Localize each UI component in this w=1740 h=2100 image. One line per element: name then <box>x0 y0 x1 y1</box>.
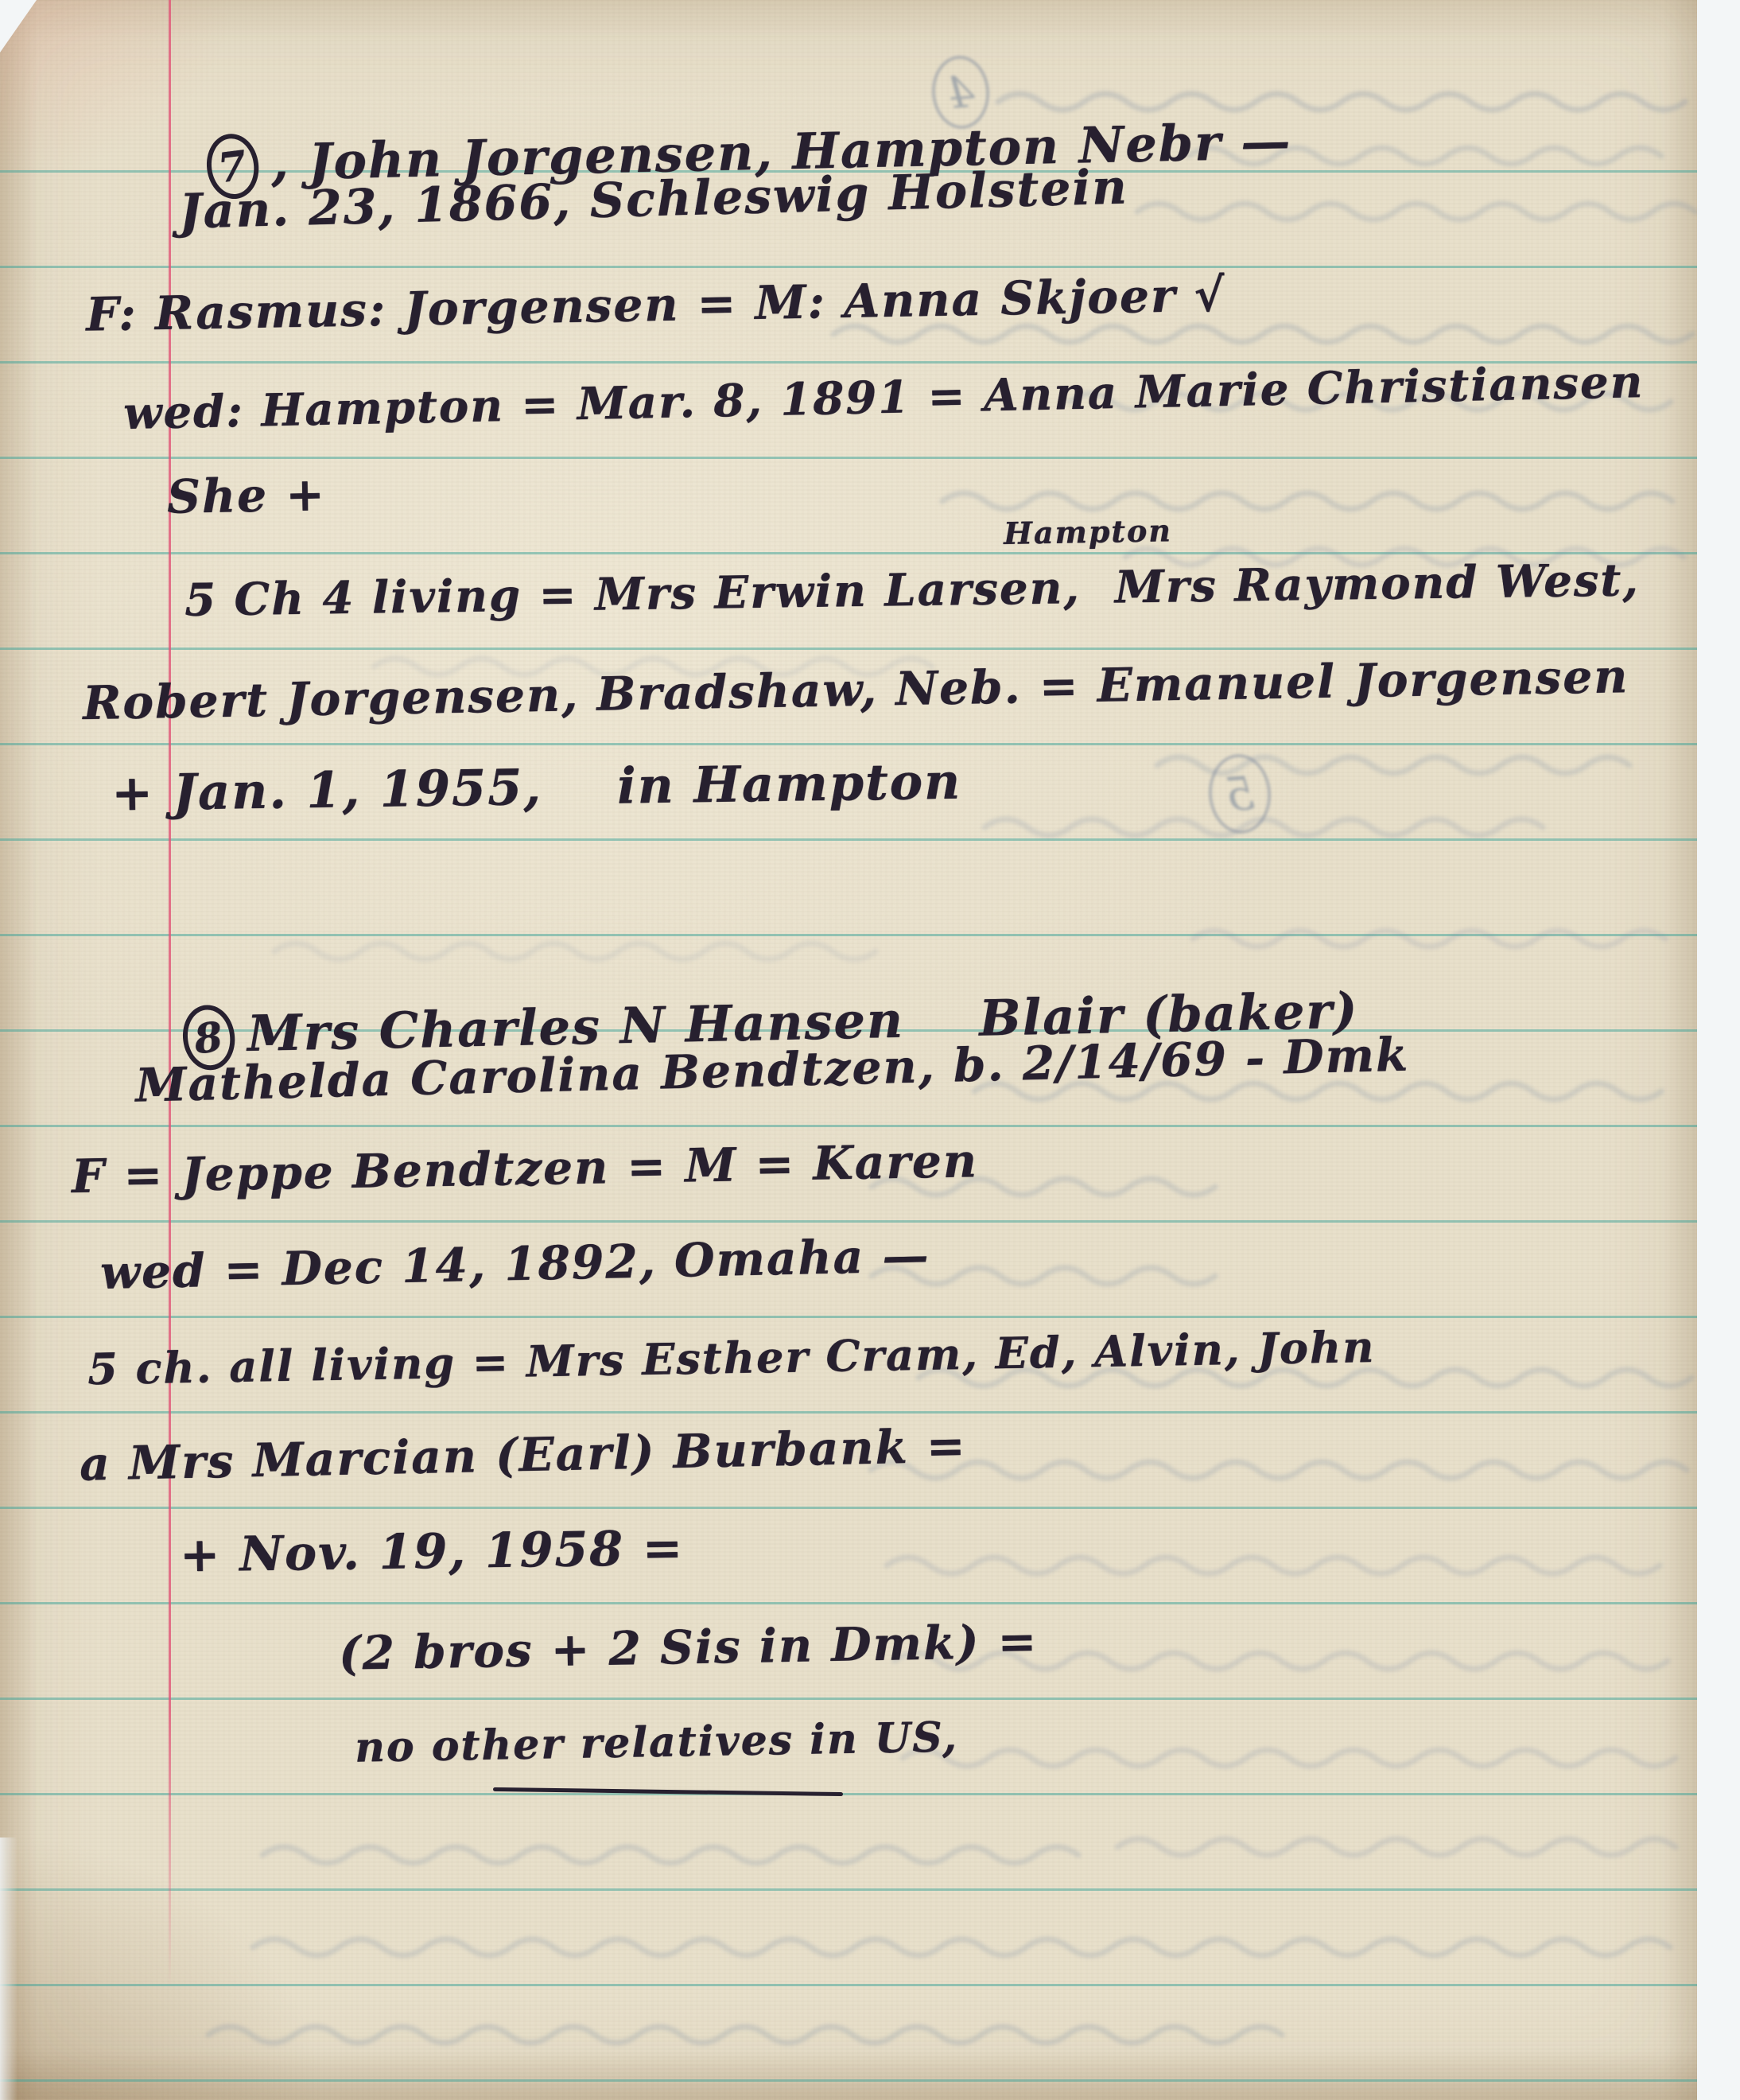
entry-8-line-9: no other relatives in US, <box>355 1714 959 1770</box>
entry-7-line-5: She + <box>166 469 326 523</box>
entry-8-line-7: + Nov. 19, 1958 = <box>180 1522 685 1582</box>
scanned-notebook-page: 4 5 7, John Jorgensen, Hampton Nebr — Ja… <box>0 0 1740 2100</box>
worn-paper-edge <box>0 1837 17 2100</box>
entry-7-line-8: + Jan. 1, 1955, in Hampton <box>111 755 962 821</box>
paper-corner-notch <box>0 0 37 52</box>
entry-7-interline-note: Hampton <box>1004 514 1173 550</box>
entry-8-line-8: (2 bros + 2 Sis in Dmk) = <box>339 1616 1039 1679</box>
scanner-background-strip <box>1697 0 1740 2100</box>
